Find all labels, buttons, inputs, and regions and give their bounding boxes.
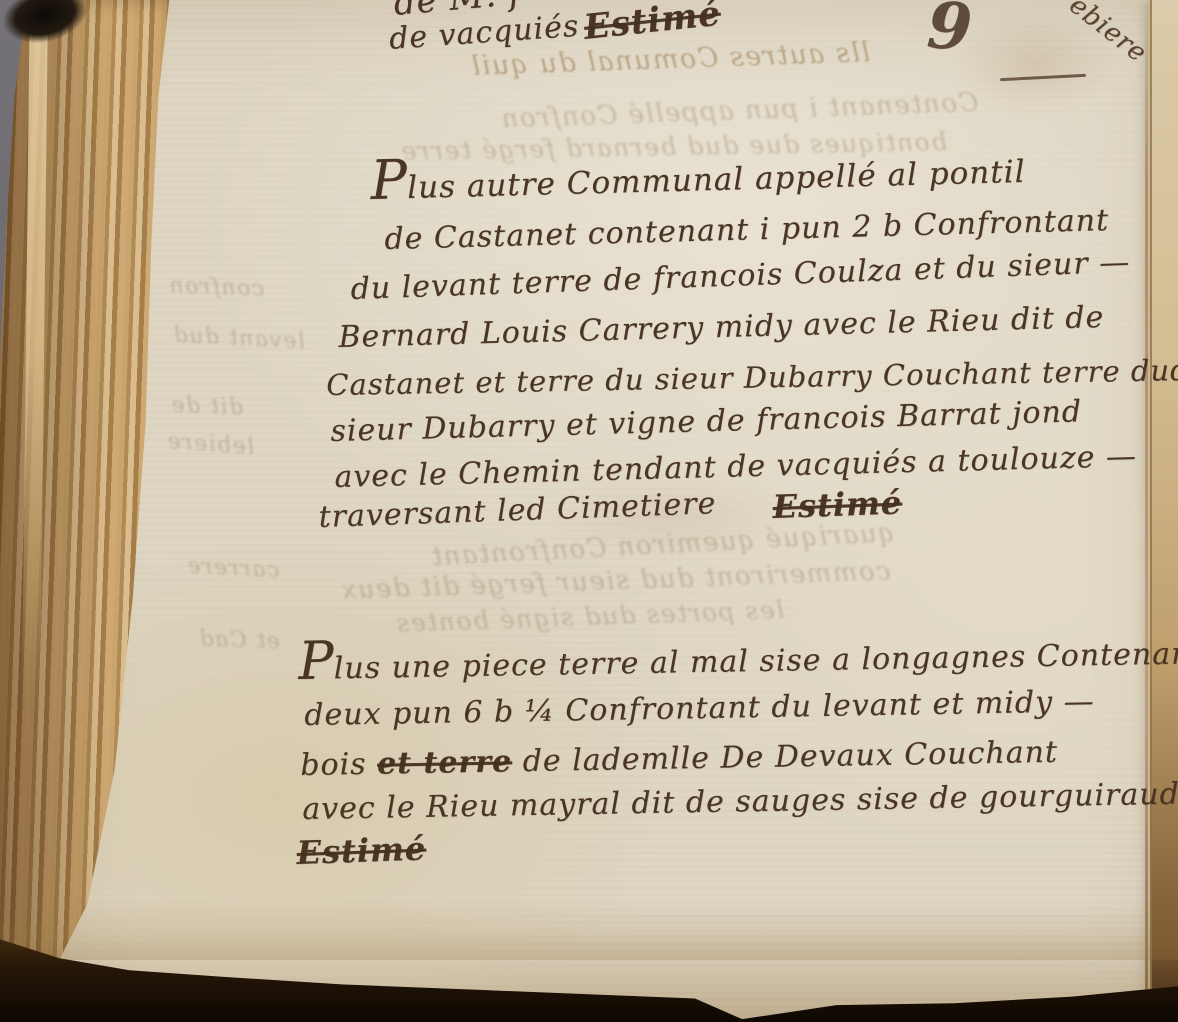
bleedthrough-fragment: confron [168,273,265,301]
bleedthrough-fragment: et Cad [198,627,281,655]
line-part: bois [300,747,367,783]
estime-struck: Estimé [772,483,903,525]
bleedthrough-fragment: carrere [185,554,280,584]
estime-struck: Estimé [296,829,427,871]
paraph-mark: 9 [925,0,976,66]
next-leaf-edge [1150,0,1178,1022]
page-bottom-edge [0,900,1178,960]
line-part-struck: et terre [377,744,513,781]
manuscript-photo: lls autres Comunal du quil Contenant i p… [0,0,1178,1022]
page-crease [1145,0,1148,1022]
bleedthrough-fragment: dit de [170,393,244,421]
